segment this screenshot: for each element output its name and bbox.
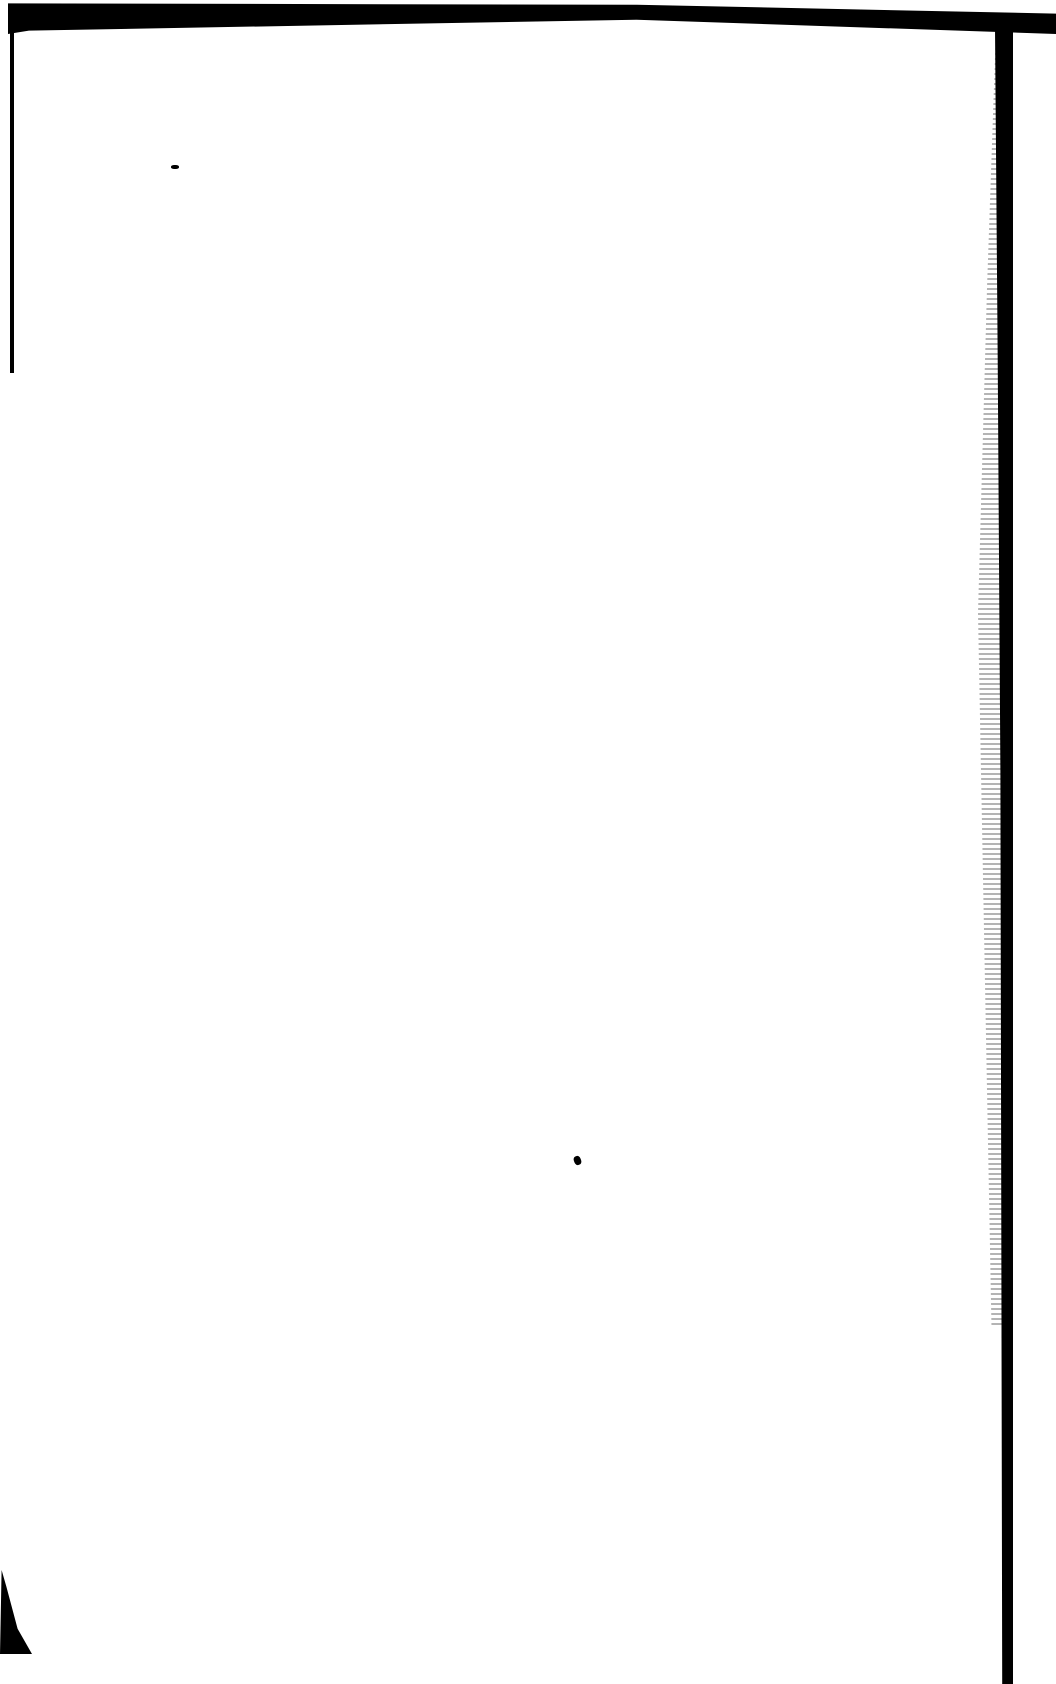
page-body xyxy=(30,60,950,1640)
bottom-left-corner-mark xyxy=(0,1570,32,1654)
left-scan-border xyxy=(10,28,14,373)
top-scan-border xyxy=(8,0,1056,34)
scanned-page xyxy=(0,0,1056,1684)
